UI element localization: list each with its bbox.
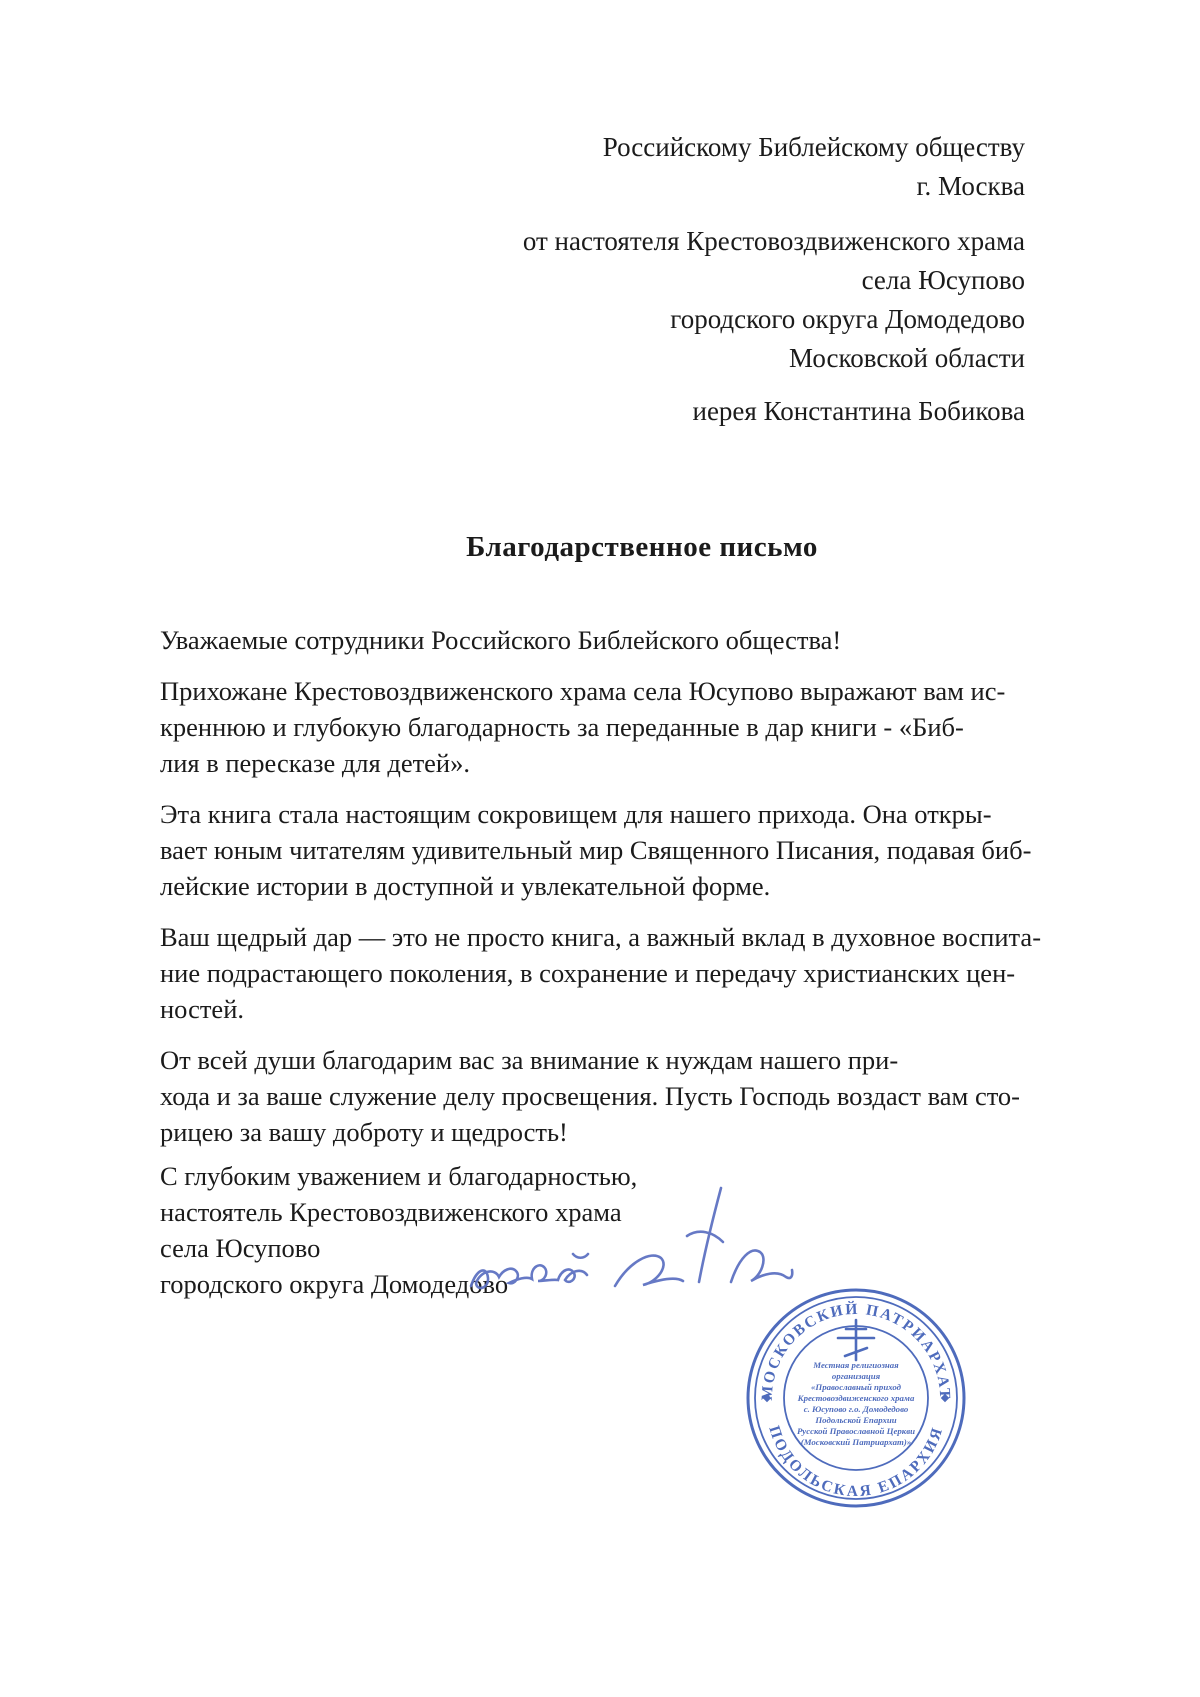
paragraph-2: Эта книга стала настоящим сокровищем для… <box>0 796 1200 904</box>
paragraph-1: Прихожане Крестовоздвиженского храма сел… <box>0 673 1200 781</box>
stamp-center-text-line: Русской Православной Церкви <box>797 1426 915 1436</box>
parish-stamp: МОСКОВСКИЙ ПАТРИАРХАТ ПОДОЛЬСКАЯ ЕПАРХИЯ… <box>744 1286 968 1510</box>
recipient-block: Российскому Библейскому обществу г. Моск… <box>0 0 1200 206</box>
stamp-center-text-line: Крестовоздвиженского храма <box>797 1393 915 1403</box>
stamp-center-text-line: Подольской Епархии <box>814 1415 896 1425</box>
paragraph-3: Ваш щедрый дар — это не просто книга, а … <box>0 919 1200 1027</box>
signature-initial-cross <box>687 1232 723 1242</box>
signature-stroke-name <box>471 1265 587 1288</box>
stamp-center-text-line: (Московский Патриархат)» <box>801 1437 911 1447</box>
sender-name: иерея Константина Бобикова <box>0 392 1200 431</box>
signature-surname-2 <box>731 1250 792 1282</box>
signature-surname-1 <box>615 1256 683 1286</box>
stamp-center-text-line: организация <box>832 1371 881 1381</box>
stamp-center-text-line: Местная религиозная <box>812 1360 899 1370</box>
stamp-center-text-line: с. Юсупово г.о. Домодедово <box>804 1404 909 1414</box>
salutation: Уважаемые сотрудники Российского Библейс… <box>0 622 1200 658</box>
signature-breve <box>573 1254 588 1258</box>
signature-initial <box>699 1188 721 1282</box>
letter-title: Благодарственное письмо <box>42 531 1200 564</box>
stamp-center-text-line: «Православный приход <box>811 1382 902 1392</box>
orthodox-cross-icon <box>838 1320 874 1360</box>
letter-page: Российскому Библейскому обществу г. Моск… <box>0 0 1200 1697</box>
paragraph-4: От всей души благодарим вас за внимание … <box>0 1042 1200 1150</box>
sender-block: от настоятеля Крестовоздвиженского храма… <box>0 222 1200 378</box>
